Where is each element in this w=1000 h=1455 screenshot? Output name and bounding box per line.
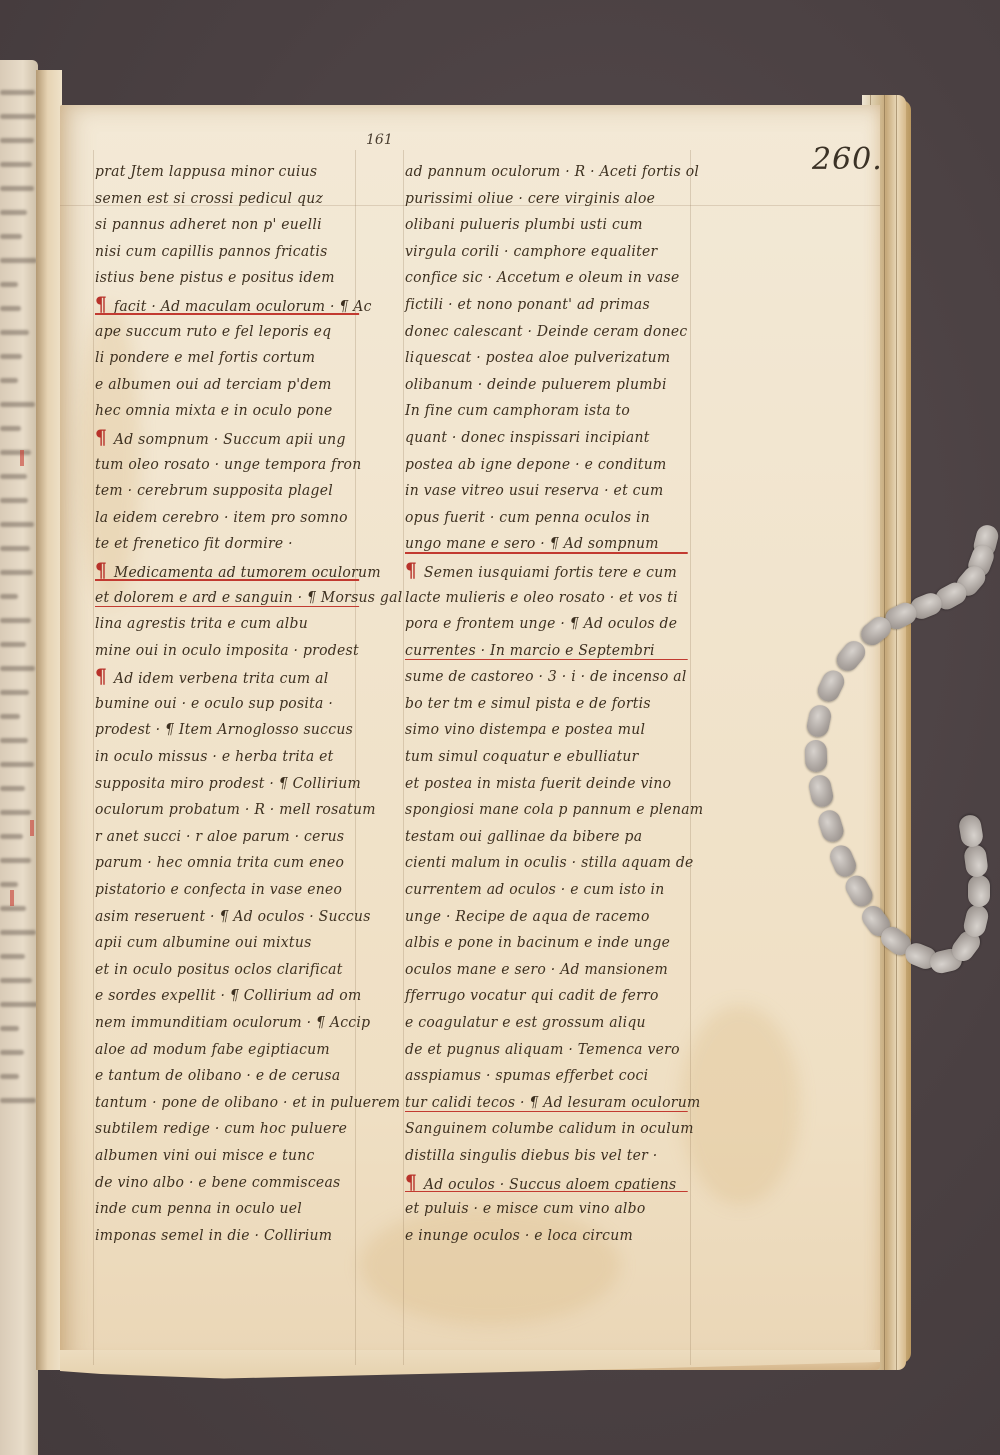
line-text: et dolorem e ard e sanguin · ¶ Morsus ga… — [95, 588, 402, 606]
manuscript-line: oculorum probatum · R · mell rosatum — [95, 796, 365, 823]
manuscript-line: cienti malum in oculis · stilla aquam de — [405, 849, 693, 876]
manuscript-line: purissimi oliue · cere virginis aloe — [405, 185, 693, 212]
line-text: e tantum de olibano · e de cerusa — [95, 1066, 340, 1084]
line-text: pistatorio e confecta in vase eneo — [95, 880, 342, 898]
line-text: albumen vini oui misce e tunc — [95, 1146, 315, 1164]
line-text: hec omnia mixta e in oculo pone — [95, 401, 333, 419]
manuscript-line: istius bene pistus e positus idem — [95, 264, 365, 291]
line-text: aloe ad modum fabe egiptiacum — [95, 1040, 330, 1058]
line-text: cienti malum in oculis · stilla aquam de — [405, 853, 694, 871]
line-text: donec calescant · Deinde ceram donec — [405, 322, 688, 340]
line-text: Ad idem verbena trita cum al — [114, 669, 329, 687]
line-text: Sanguinem columbe calidum in oculum — [405, 1119, 694, 1137]
line-text: si pannus adheret non p' euelli — [95, 215, 322, 233]
line-text: in vase vitreo usui reserva · et cum — [405, 481, 664, 499]
manuscript-line: ape succum ruto e fel leporis eq — [95, 318, 365, 345]
manuscript-line: bo ter tm e simul pista e de fortis — [405, 690, 693, 717]
manuscript-line: olibanum · deinde puluerem plumbi — [405, 371, 693, 398]
line-text: te et frenetico fit dormire · — [95, 534, 293, 552]
manuscript-line: e tantum de olibano · e de cerusa — [95, 1062, 365, 1089]
line-text: asim reseruent · ¶ Ad oculos · Succus — [95, 907, 371, 925]
manuscript-line: et dolorem e ard e sanguin · ¶ Morsus ga… — [95, 584, 365, 611]
manuscript-line: oculos mane e sero · Ad mansionem — [405, 956, 693, 983]
line-text: et puluis · e misce cum vino albo — [405, 1199, 646, 1217]
old-folio-number: 161 — [366, 132, 393, 148]
manuscript-line: donec calescant · Deinde ceram donec — [405, 318, 693, 345]
manuscript-line: prat Jtem lappusa minor cuius — [95, 158, 365, 185]
line-text: asspiamus · spumas efferbet coci — [405, 1066, 648, 1084]
line-text: de vino albo · e bene commisceas — [95, 1173, 341, 1191]
line-text: et postea in mista fuerit deinde vino — [405, 774, 671, 792]
line-text: virgula corili · camphore equaliter — [405, 242, 657, 260]
manuscript-line: quant · donec inspissari incipiant — [405, 424, 693, 451]
manuscript-line: spongiosi mane cola p pannum e plenam — [405, 796, 693, 823]
manuscript-line: nisi cum capillis pannos fricatis — [95, 238, 365, 265]
line-text: lina agrestis trita e cum albu — [95, 614, 308, 632]
line-text: Ad sompnum · Succum apii ung — [114, 430, 346, 448]
text-column-right: ad pannum oculorum · R · Aceti fortis ol… — [405, 158, 715, 1248]
bead — [805, 703, 833, 739]
manuscript-line: supposita miro prodest · ¶ Collirium — [95, 770, 365, 797]
manuscript-line: e sordes expellit · ¶ Collirium ad om — [95, 982, 365, 1009]
manuscript-line: ¶ Ad sompnum · Succum apii ung — [95, 424, 365, 451]
manuscript-line: la eidem cerebro · item pro somno — [95, 504, 365, 531]
manuscript-line: ¶ Semen iusquiami fortis tere e cum — [405, 557, 693, 584]
line-text: confice sic · Accetum e oleum in vase — [405, 268, 680, 286]
manuscript-line: pistatorio e confecta in vase eneo — [95, 876, 365, 903]
manuscript-line: sume de castoreo · 3 · i · de incenso al — [405, 663, 693, 690]
manuscript-line: asim reseruent · ¶ Ad oculos · Succus — [95, 903, 365, 930]
manuscript-line: unge · Recipe de aqua de racemo — [405, 903, 693, 930]
manuscript-line: et puluis · e misce cum vino albo — [405, 1195, 693, 1222]
line-text: prodest · ¶ Item Arnoglosso succus — [95, 720, 353, 738]
manuscript-line: et in oculo positus oclos clarificat — [95, 956, 365, 983]
text-column-left: prat Jtem lappusa minor cuiussemen est s… — [95, 158, 385, 1248]
line-text: e inunge oculos · e loca circum — [405, 1226, 633, 1244]
line-text: albis e pone in bacinum e inde unge — [405, 933, 670, 951]
manuscript-line: Sanguinem columbe calidum in oculum — [405, 1115, 693, 1142]
line-text: Semen iusquiami fortis tere e cum — [424, 563, 677, 581]
line-text: tum oleo rosato · unge tempora fron — [95, 455, 361, 473]
line-text: in oculo missus · e herba trita et — [95, 747, 334, 765]
line-text: e albumen oui ad terciam p'dem — [95, 375, 332, 393]
manuscript-line: parum · hec omnia trita cum eneo — [95, 849, 365, 876]
line-text: lacte mulieris e oleo rosato · et vos ti — [405, 588, 678, 606]
line-text: facit · Ad maculam oculorum · ¶ Ac — [114, 297, 372, 315]
line-text: mine oui in oculo imposita · prodest — [95, 641, 359, 659]
line-text: olibani pulueris plumbi usti cum — [405, 215, 643, 233]
manuscript-line: fferrugo vocatur qui cadit de ferro — [405, 982, 693, 1009]
line-text: Medicamenta ad tumorem oculorum — [114, 563, 381, 581]
line-text: subtilem redige · cum hoc puluere — [95, 1119, 347, 1137]
manuscript-line: tum simul coquatur e ebulliatur — [405, 743, 693, 770]
rubric-pilcrow: ¶ — [405, 1170, 424, 1194]
line-text: la eidem cerebro · item pro somno — [95, 508, 348, 526]
line-text: purissimi oliue · cere virginis aloe — [405, 189, 655, 207]
rubric-pilcrow: ¶ — [405, 558, 424, 582]
line-text: semen est si crossi pedicul quz — [95, 189, 323, 207]
line-text: supposita miro prodest · ¶ Collirium — [95, 774, 361, 792]
bead — [807, 773, 835, 809]
line-text: postea ab igne depone · e conditum — [405, 455, 666, 473]
manuscript-line: r anet succi · r aloe parum · cerus — [95, 823, 365, 850]
line-text: ad pannum oculorum · R · Aceti fortis ol — [405, 162, 699, 180]
line-text: istius bene pistus e positus idem — [95, 268, 335, 286]
rubric-pilcrow: ¶ — [95, 425, 114, 449]
line-text: simo vino distempa e postea mul — [405, 720, 645, 738]
line-text: r anet succi · r aloe parum · cerus — [95, 827, 344, 845]
line-text: tum simul coquatur e ebulliatur — [405, 747, 639, 765]
bead-bookmark[interactable] — [780, 520, 980, 1000]
line-text: de et pugnus aliquam · Temenca vero — [405, 1040, 680, 1058]
bead — [842, 872, 877, 911]
manuscript-line: tantum · pone de olibano · et in puluere… — [95, 1089, 365, 1116]
manuscript-line: currentes · In marcio e Septembri — [405, 637, 693, 664]
manuscript-line: te et frenetico fit dormire · — [95, 530, 365, 557]
rubric-pilcrow: ¶ — [95, 664, 114, 688]
manuscript-line: currentem ad oculos · e cum isto in — [405, 876, 693, 903]
manuscript-line: simo vino distempa e postea mul — [405, 716, 693, 743]
manuscript-line: et postea in mista fuerit deinde vino — [405, 770, 693, 797]
manuscript-line: lina agrestis trita e cum albu — [95, 610, 365, 637]
manuscript-line: albis e pone in bacinum e inde unge — [405, 929, 693, 956]
line-text: currentes · In marcio e Septembri — [405, 641, 655, 659]
manuscript-line: bumine oui · e oculo sup posita · — [95, 690, 365, 717]
line-text: et in oculo positus oclos clarificat — [95, 960, 343, 978]
line-text: bumine oui · e oculo sup posita · — [95, 694, 333, 712]
manuscript-line: olibani pulueris plumbi usti cum — [405, 211, 693, 238]
manuscript-line: ¶ Ad idem verbena trita cum al — [95, 663, 365, 690]
manuscript-line: e albumen oui ad terciam p'dem — [95, 371, 365, 398]
line-text: sume de castoreo · 3 · i · de incenso al — [405, 667, 687, 685]
line-text: tantum · pone de olibano · et in puluere… — [95, 1093, 400, 1111]
line-text: oculorum probatum · R · mell rosatum — [95, 800, 376, 818]
manuscript-line: apii cum albumine oui mixtus — [95, 929, 365, 956]
rubric-pilcrow: ¶ — [95, 292, 114, 316]
gutter — [36, 70, 62, 1370]
line-text: e coagulatur e est grossum aliqu — [405, 1013, 646, 1031]
manuscript-line: nem immunditiam oculorum · ¶ Accip — [95, 1009, 365, 1036]
line-text: currentem ad oculos · e cum isto in — [405, 880, 665, 898]
manuscript-line: confice sic · Accetum e oleum in vase — [405, 264, 693, 291]
manuscript-line: si pannus adheret non p' euelli — [95, 211, 365, 238]
line-text: oculos mane e sero · Ad mansionem — [405, 960, 668, 978]
line-text: nem immunditiam oculorum · ¶ Accip — [95, 1013, 370, 1031]
line-text: tur calidi tecos · ¶ Ad lesuram oculorum — [405, 1093, 700, 1111]
ruling-line — [93, 150, 94, 1365]
manuscript-line: prodest · ¶ Item Arnoglosso succus — [95, 716, 365, 743]
manuscript-line: hec omnia mixta e in oculo pone — [95, 397, 365, 424]
bead — [816, 807, 847, 844]
manuscript-line: pora e frontem unge · ¶ Ad oculos de — [405, 610, 693, 637]
line-text: apii cum albumine oui mixtus — [95, 933, 312, 951]
line-text: Ad oculos · Succus aloem cpatiens — [424, 1175, 677, 1193]
line-text: parum · hec omnia trita cum eneo — [95, 853, 344, 871]
manuscript-line: ¶ Ad oculos · Succus aloem cpatiens — [405, 1169, 693, 1196]
line-text: liquescat · postea aloe pulverizatum — [405, 348, 670, 366]
manuscript-line: subtilem redige · cum hoc puluere — [95, 1115, 365, 1142]
manuscript-line: lacte mulieris e oleo rosato · et vos ti — [405, 584, 693, 611]
line-text: nisi cum capillis pannos fricatis — [95, 242, 328, 260]
ruling-line — [403, 150, 404, 1365]
manuscript-line: fictili · et nono ponant' ad primas — [405, 291, 693, 318]
manuscript-line: in oculo missus · e herba trita et — [95, 743, 365, 770]
line-text: ape succum ruto e fel leporis eq — [95, 322, 331, 340]
line-text: quant · donec inspissari incipiant — [405, 428, 650, 446]
line-text: li pondere e mel fortis cortum — [95, 348, 315, 366]
line-text: pora e frontem unge · ¶ Ad oculos de — [405, 614, 677, 632]
line-text: olibanum · deinde puluerem plumbi — [405, 375, 667, 393]
manuscript-line: ¶ Medicamenta ad tumorem oculorum — [95, 557, 365, 584]
manuscript-line: testam oui gallinae da bibere pa — [405, 823, 693, 850]
manuscript-line: tum oleo rosato · unge tempora fron — [95, 451, 365, 478]
manuscript-line: opus fuerit · cum penna oculos in — [405, 504, 693, 531]
line-text: unge · Recipe de aqua de racemo — [405, 907, 650, 925]
manuscript-line: distilla singulis diebus bis vel ter · — [405, 1142, 693, 1169]
manuscript-line: tem · cerebrum supposita plagel — [95, 477, 365, 504]
manuscript-line: asspiamus · spumas efferbet coci — [405, 1062, 693, 1089]
line-text: testam oui gallinae da bibere pa — [405, 827, 642, 845]
manuscript-line: In fine cum camphoram ista to — [405, 397, 693, 424]
manuscript-line: postea ab igne depone · e conditum — [405, 451, 693, 478]
line-text: e sordes expellit · ¶ Collirium ad om — [95, 986, 361, 1004]
line-text: bo ter tm e simul pista e de fortis — [405, 694, 651, 712]
manuscript-line: ungo mane e sero · ¶ Ad sompnum — [405, 530, 693, 557]
manuscript-line: virgula corili · camphore equaliter — [405, 238, 693, 265]
bead — [814, 667, 848, 705]
manuscript-line: semen est si crossi pedicul quz — [95, 185, 365, 212]
manuscript-line: mine oui in oculo imposita · prodest — [95, 637, 365, 664]
line-text: In fine cum camphoram ista to — [405, 401, 630, 419]
manuscript-line: albumen vini oui misce e tunc — [95, 1142, 365, 1169]
manuscript-line: tur calidi tecos · ¶ Ad lesuram oculorum — [405, 1089, 693, 1116]
line-text: distilla singulis diebus bis vel ter · — [405, 1146, 658, 1164]
line-text: opus fuerit · cum penna oculos in — [405, 508, 650, 526]
manuscript-line: ¶ facit · Ad maculam oculorum · ¶ Ac — [95, 291, 365, 318]
bead — [968, 875, 990, 907]
rubric-pilcrow: ¶ — [95, 558, 114, 582]
bead — [805, 740, 828, 773]
line-text: ungo mane e sero · ¶ Ad sompnum — [405, 534, 659, 552]
manuscript-line: ad pannum oculorum · R · Aceti fortis ol — [405, 158, 693, 185]
manuscript-line: in vase vitreo usui reserva · et cum — [405, 477, 693, 504]
manuscript-line: de et pugnus aliquam · Temenca vero — [405, 1036, 693, 1063]
manuscript-line: aloe ad modum fabe egiptiacum — [95, 1036, 365, 1063]
line-text: fferrugo vocatur qui cadit de ferro — [405, 986, 659, 1004]
line-text: fictili · et nono ponant' ad primas — [405, 295, 650, 313]
line-text: inde cum penna in oculo uel — [95, 1199, 302, 1217]
manuscript-line: de vino albo · e bene commisceas — [95, 1169, 365, 1196]
manuscript-line: e inunge oculos · e loca circum — [405, 1222, 693, 1249]
line-text: spongiosi mane cola p pannum e plenam — [405, 800, 703, 818]
line-text: tem · cerebrum supposita plagel — [95, 481, 333, 499]
manuscript-line: li pondere e mel fortis cortum — [95, 344, 365, 371]
manuscript-line: inde cum penna in oculo uel — [95, 1195, 365, 1222]
manuscript-line: imponas semel in die · Collirium — [95, 1222, 365, 1249]
line-text: prat Jtem lappusa minor cuius — [95, 162, 317, 180]
folio-number: 260. — [812, 142, 883, 177]
line-text: imponas semel in die · Collirium — [95, 1226, 332, 1244]
facing-page-edge — [0, 60, 38, 1455]
manuscript-line: e coagulatur e est grossum aliqu — [405, 1009, 693, 1036]
bead — [827, 842, 860, 880]
manuscript-line: liquescat · postea aloe pulverizatum — [405, 344, 693, 371]
